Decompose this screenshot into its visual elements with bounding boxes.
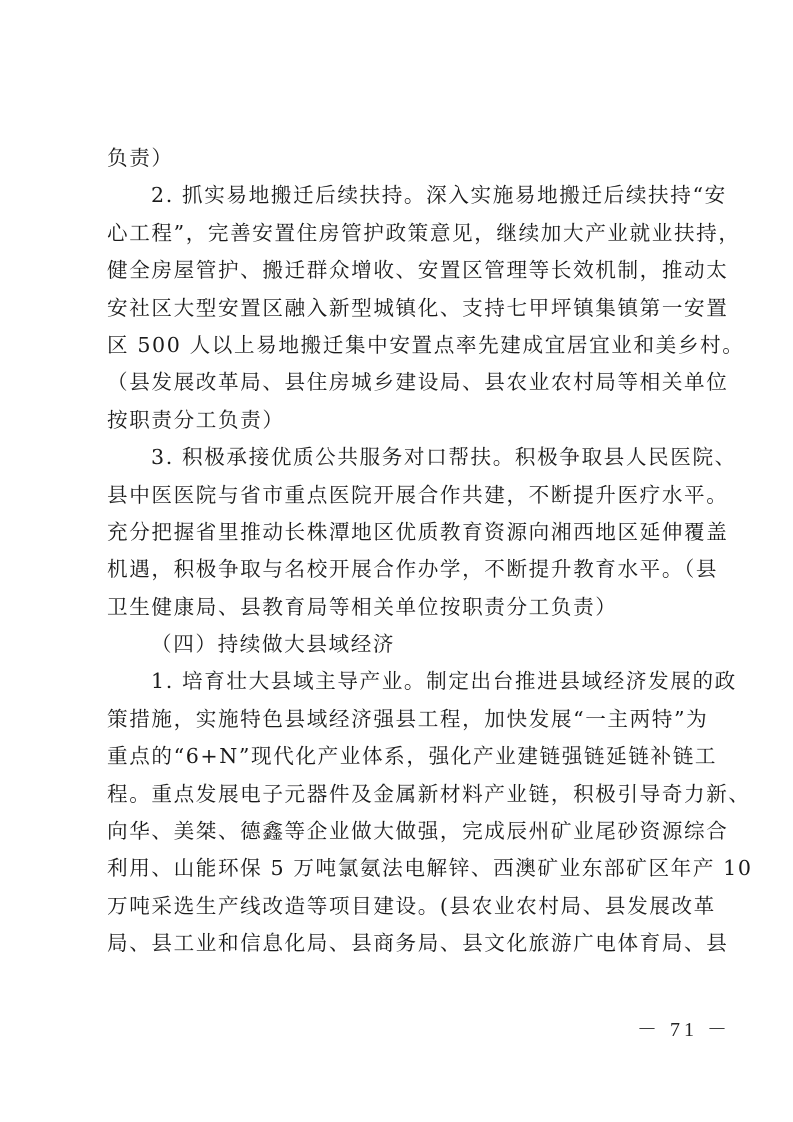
text-line: 安社区大型安置区融入新型城镇化、支持七甲坪镇集镇第一安置 bbox=[107, 290, 703, 327]
text-line: 向华、美桀、德鑫等企业做大做强，完成辰州矿业尾砂资源综合 bbox=[107, 813, 703, 850]
text-line: 策措施，实施特色县域经济强县工程，加快发展“一主两特”为 bbox=[107, 701, 703, 738]
text-line: 利用、山能环保 5 万吨氯氨法电解锌、西澳矿业东部矿区年产 10 bbox=[107, 850, 703, 887]
document-page: 负责） 2. 抓实易地搬迁后续扶持。深入实施易地搬迁后续扶持“安 心工程”，完善… bbox=[0, 0, 793, 1122]
text-line: 程。重点发展电子元器件及金属新材料产业链，积极引导奇力新、 bbox=[107, 776, 703, 813]
page-number: － 71 － bbox=[637, 1013, 731, 1042]
section-heading: （四）持续做大县域经济 bbox=[107, 626, 703, 663]
text-line-item-3-heading: 3. 积极承接优质公共服务对口帮扶。积极争取县人民医院、 bbox=[107, 439, 703, 476]
text-line: 按职责分工负责） bbox=[107, 402, 703, 439]
text-line: 机遇，积极争取与名校开展合作办学，不断提升教育水平。（县 bbox=[107, 551, 703, 588]
text-line: 区 500 人以上易地搬迁集中安置点率先建成宜居宜业和美乡村。 bbox=[107, 327, 703, 364]
text-line-item-1-heading: 1. 培育壮大县域主导产业。制定出台推进县域经济发展的政 bbox=[107, 663, 703, 700]
text-line: （县发展改革局、县住房城乡建设局、县农业农村局等相关单位 bbox=[107, 364, 703, 401]
text-line: 万吨采选生产线改造等项目建设。(县农业农村局、县发展改革 bbox=[107, 888, 703, 925]
text-line: 重点的“6+N”现代化产业体系，强化产业建链强链延链补链工 bbox=[107, 738, 703, 775]
text-line-item-2-heading: 2. 抓实易地搬迁后续扶持。深入实施易地搬迁后续扶持“安 bbox=[107, 177, 703, 214]
text-line: 充分把握省里推动长株潭地区优质教育资源向湘西地区延伸覆盖 bbox=[107, 514, 703, 551]
text-line: 负责） bbox=[107, 140, 703, 177]
text-line: 心工程”，完善安置住房管护政策意见，继续加大产业就业扶持， bbox=[107, 215, 703, 252]
text-line: 健全房屋管护、搬迁群众增收、安置区管理等长效机制，推动太 bbox=[107, 252, 703, 289]
text-line: 卫生健康局、县教育局等相关单位按职责分工负责） bbox=[107, 589, 703, 626]
text-line: 县中医医院与省市重点医院开展合作共建，不断提升医疗水平。 bbox=[107, 477, 703, 514]
body-text: 负责） 2. 抓实易地搬迁后续扶持。深入实施易地搬迁后续扶持“安 心工程”，完善… bbox=[107, 140, 703, 963]
text-line: 局、县工业和信息化局、县商务局、县文化旅游广电体育局、县 bbox=[107, 925, 703, 962]
